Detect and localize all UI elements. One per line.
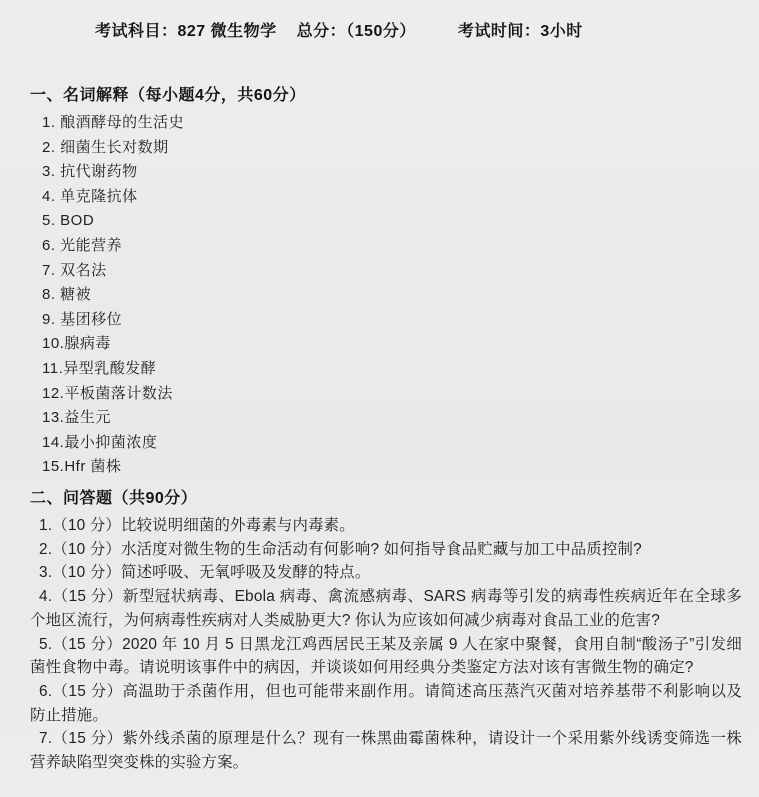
term-item: 8. 糖被: [42, 283, 306, 308]
question-item: 1.（10 分）比较说明细菌的外毒素与内毒素。: [30, 514, 742, 538]
question-item: 2.（10 分）水活度对微生物的生命活动有何影响? 如何指导食品贮藏与加工中品质…: [30, 538, 742, 562]
exam-subject: 考试科目：827 微生物学: [95, 18, 277, 41]
term-item: 1. 酿酒酵母的生活史: [42, 111, 306, 136]
exam-paper-page: 考试科目：827 微生物学 总分：（150分） 考试时间：3小时 一、名词解释（…: [0, 0, 759, 797]
essay-question-list: 1.（10 分）比较说明细菌的外毒素与内毒素。 2.（10 分）水活度对微生物的…: [30, 514, 742, 775]
term-item: 10.腺病毒: [42, 332, 306, 357]
term-item: 15.Hfr 菌株: [42, 455, 306, 480]
question-item: 7.（15 分）紫外线杀菌的原理是什么？现有一株黑曲霉菌株种，请设计一个采用紫外…: [30, 727, 742, 774]
term-item: 3. 抗代谢药物: [42, 160, 306, 185]
section-essay-questions: 二、问答题（共90分） 1.（10 分）比较说明细菌的外毒素与内毒素。 2.（1…: [30, 488, 742, 775]
question-item: 3.（10 分）简述呼吸、无氧呼吸及发酵的特点。: [30, 561, 742, 585]
term-item: 4. 单克隆抗体: [42, 185, 306, 210]
terms-list: 1. 酿酒酵母的生活史 2. 细菌生长对数期 3. 抗代谢药物 4. 单克隆抗体…: [42, 111, 306, 480]
term-item: 11.异型乳酸发酵: [42, 357, 306, 382]
section-term-explanation: 一、名词解释（每小题4分，共60分） 1. 酿酒酵母的生活史 2. 细菌生长对数…: [30, 85, 306, 480]
exam-header: 考试科目：827 微生物学 总分：（150分） 考试时间：3小时: [95, 18, 583, 41]
term-item: 2. 细菌生长对数期: [42, 136, 306, 161]
term-item: 13.益生元: [42, 406, 306, 431]
section-one-title: 一、名词解释（每小题4分，共60分）: [30, 85, 306, 107]
term-item: 12.平板菌落计数法: [42, 382, 306, 407]
section-two-title: 二、问答题（共90分）: [30, 488, 742, 510]
term-item: 7. 双名法: [42, 259, 306, 284]
term-item: 14.最小抑菌浓度: [42, 431, 306, 456]
term-item: 6. 光能营养: [42, 234, 306, 259]
question-item: 5.（15 分）2020 年 10 月 5 日黑龙江鸡西居民王某及亲属 9 人在…: [30, 633, 742, 680]
term-item: 5. BOD: [42, 209, 306, 234]
question-item: 6.（15 分）高温助于杀菌作用，但也可能带来副作用。请简述高压蒸汽灭菌对培养基…: [30, 680, 742, 727]
exam-total-score: 总分：（150分）: [297, 18, 416, 41]
exam-duration: 考试时间：3小时: [458, 18, 583, 41]
term-item: 9. 基团移位: [42, 308, 306, 333]
question-item: 4.（15 分）新型冠状病毒、Ebola 病毒、禽流感病毒、SARS 病毒等引发…: [30, 585, 742, 632]
